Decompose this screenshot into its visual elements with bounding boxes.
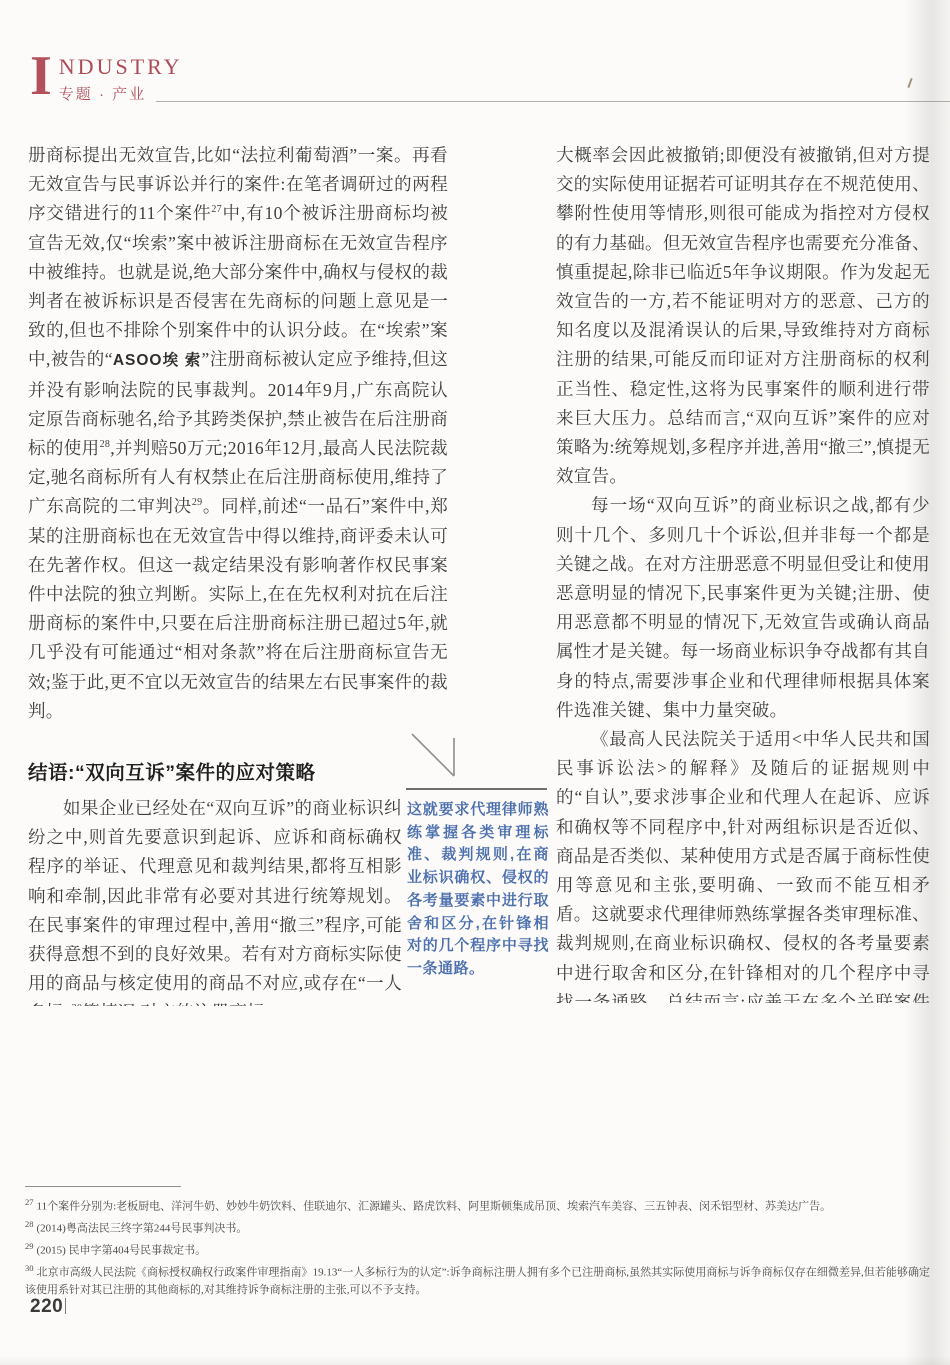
footnote-number: 30 [25,1263,34,1273]
footnote-separator [25,1186,181,1187]
footnote-ref-28: 28 [100,439,111,450]
footnote-ref-27: 27 [211,205,222,216]
paragraph-text: 等情况,对方的注册商标 [82,1002,265,1006]
footnote-text: 北京市高级人民法院《商标授权确权行政案件审理指南》19.13“一人多标行为的认定… [25,1267,930,1296]
pullquote-arrow-decoration [408,731,468,783]
paragraph-text: 如果企业已经处在“双向互诉”的商业标识纠纷之中,则首先要意识到起诉、应诉和商标确… [28,798,402,1006]
footnote-number: 29 [25,1241,34,1251]
paragraph: 每一场“双向互诉”的商业标识之战,都有少则十几个、多则几十个诉讼,但并非每一个都… [556,491,930,725]
footnote-text: 11个案件分别为:老板厨电、洋河牛奶、妙妙牛奶饮料、佳联迪尔、汇源罐头、路虎饮料… [37,1201,832,1213]
paragraph: 如果企业已经处在“双向互诉”的商业标识纠纷之中,则首先要意识到起诉、应诉和商标确… [28,794,402,1006]
scan-edge-shadow-right [904,0,950,1365]
page-number-bar [65,1298,66,1314]
footnote-ref-29: 29 [192,498,203,509]
conclusion-heading: 结语:“双向互诉”案件的应对策略 [28,757,428,785]
left-column-top-paragraph: 册商标提出无效宣告,比如“法拉利葡萄酒”一案。再看无效宣告与民事诉讼并行的案件:… [28,141,448,759]
header-rule [156,101,950,102]
footnote-number: 28 [25,1219,34,1229]
footnote-text: (2014)粤高法民三终字第244号民事判决书。 [37,1223,248,1235]
paragraph-text: 中,有10个被诉注册商标均被宣告无效,仅“埃索”案中被诉注册商标在无效宣告程序中… [28,203,448,369]
left-column-bottom-paragraph: 如果企业已经处在“双向互诉”的商业标识纠纷之中,则首先要意识到起诉、应诉和商标确… [28,794,402,1006]
pull-quote: 这就要求代理律师熟练掌握各类审理标准、裁判规则,在商业标识确权、侵权的各考量要素… [407,799,549,1005]
scan-edge-shadow-bottom [0,1355,950,1365]
paragraph-text: 。同样,前述“一品石”案件中,郑某的注册商标也在无效宣告中得以维持,商评委未认可… [28,496,448,720]
header-titles: NDUSTRY 专题 · 产业 [59,50,183,104]
footnote-number: 27 [25,1197,34,1207]
page-header: I NDUSTRY 专题 · 产业 [30,50,182,104]
page-number: 220 [30,1296,66,1318]
paragraph: 大概率会因此被撤销;即便没有被撤销,但对方提交的实际使用证据若可证明其存在不规范… [556,141,930,491]
section-title: NDUSTRY [59,54,183,80]
footnote-text: (2015) 民申字第404号民事裁定书。 [37,1245,207,1257]
pullquote-rule [406,788,547,790]
magazine-page: I NDUSTRY 专题 · 产业 册商标提出无效宣告,比如“法拉利葡萄酒”一案… [0,0,950,1365]
paragraph-text: 《最高人民法院关于适用<中华人民共和国民事诉讼法>的解释》及随后的证据规则中的“… [556,729,930,1003]
paragraph: 《最高人民法院关于适用<中华人民共和国民事诉讼法>的解释》及随后的证据规则中的“… [556,725,930,1003]
footnotes: 2711个案件分别为:老板厨电、洋河牛奶、妙妙牛奶饮料、佳联迪尔、汇源罐头、路虎… [25,1194,930,1299]
footnote-ref-30: 30 [72,1004,83,1006]
footnote-29: 29(2015) 民申字第404号民事裁定书。 [25,1238,930,1259]
trademark-asoo: ASOO埃 索 [113,352,202,369]
footnote-27: 2711个案件分别为:老板厨电、洋河牛奶、妙妙牛奶饮料、佳联迪尔、汇源罐头、路虎… [25,1194,930,1215]
footnote-30: 30北京市高级人民法院《商标授权确权行政案件审理指南》19.13“一人多标行为的… [25,1260,930,1298]
footnote-28: 28(2014)粤高法民三终字第244号民事判决书。 [25,1216,930,1237]
page-number-value: 220 [30,1296,63,1317]
header-drop-cap: I [30,50,52,102]
right-column: 大概率会因此被撤销;即便没有被撤销,但对方提交的实际使用证据若可证明其存在不规范… [556,141,930,1003]
